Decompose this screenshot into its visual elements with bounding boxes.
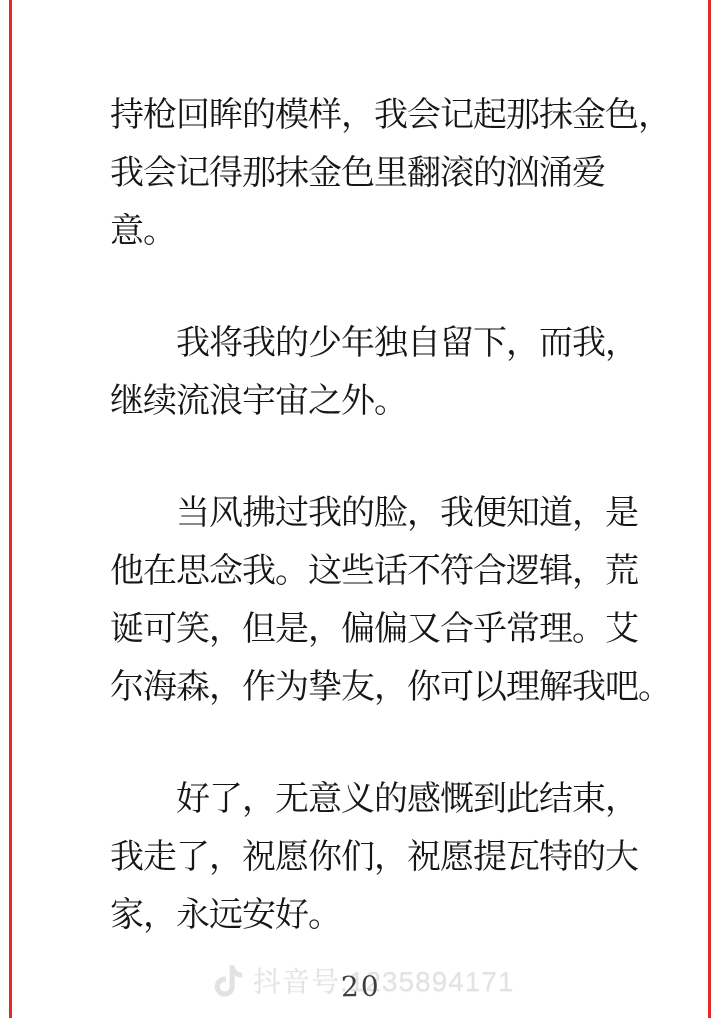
text-line: 持枪回眸的模样，我会记起那抹金色， — [110, 87, 640, 145]
text-line: 好了，无意义的感慨到此结束， — [110, 771, 640, 829]
text-line: 我走了，祝愿你们，祝愿提瓦特的大 — [110, 829, 640, 887]
page-number: 20 — [341, 970, 381, 1004]
text-line: 尔海森，作为挚友，你可以理解我吧。 — [110, 659, 640, 717]
text-line: 我将我的少年独自留下，而我， — [110, 315, 640, 373]
right-red-edge-line — [708, 0, 711, 1018]
text-line: 继续流浪宇宙之外。 — [110, 373, 640, 431]
text-line: 我会记得那抹金色里翻滚的汹涌爱 — [110, 145, 640, 203]
paragraph-4: 好了，无意义的感慨到此结束， 我走了，祝愿你们，祝愿提瓦特的大 家，永远安好。 — [110, 771, 640, 945]
paragraph-1: 持枪回眸的模样，我会记起那抹金色， 我会记得那抹金色里翻滚的汹涌爱 意。 — [110, 87, 640, 261]
text-line: 诞可笑，但是，偏偏又合乎常理。艾 — [110, 601, 640, 659]
text-line: 意。 — [110, 203, 640, 261]
paragraph-2: 我将我的少年独自留下，而我， 继续流浪宇宙之外。 — [110, 315, 640, 431]
page-text: 持枪回眸的模样，我会记起那抹金色， 我会记得那抹金色里翻滚的汹涌爱 意。 我将我… — [110, 87, 640, 945]
douyin-note-icon — [210, 961, 247, 999]
text-line: 当风拂过我的脸，我便知道，是 — [110, 485, 640, 543]
left-red-edge-line — [9, 0, 12, 1018]
book-page: 持枪回眸的模样，我会记起那抹金色， 我会记得那抹金色里翻滚的汹涌爱 意。 我将我… — [0, 0, 720, 1018]
watermark-text: 抖音号:1235894171 — [253, 960, 515, 1000]
paragraph-3: 当风拂过我的脸，我便知道，是 他在思念我。这些话不符合逻辑，荒 诞可笑，但是，偏… — [110, 485, 640, 717]
text-line: 他在思念我。这些话不符合逻辑，荒 — [110, 543, 640, 601]
page-footer: 抖音号:1235894171 20 — [0, 952, 720, 1012]
text-line: 家，永远安好。 — [110, 887, 640, 945]
